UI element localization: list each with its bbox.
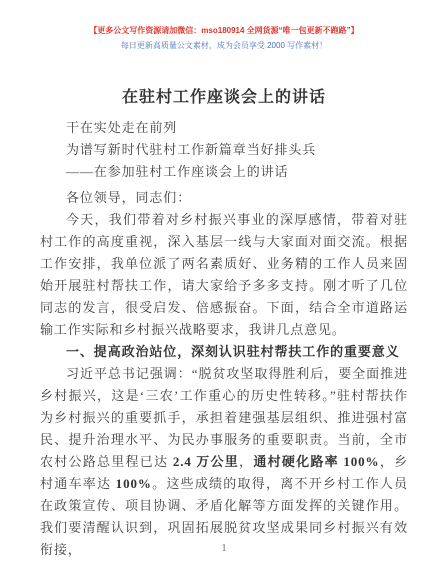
paragraph: 干在实处走在前列 <box>40 117 408 139</box>
paragraph: 今天，我们带着对乡村振兴事业的深厚感情，带着对驻村工作的高度重视，深入基层一线与… <box>40 209 408 341</box>
text-run: 今天，我们带着对乡村振兴事业的深厚感情，带着对驻村工作的高度重视，深入基层一线与… <box>40 212 408 337</box>
text-run: 为谱写新时代驻村工作新篇章当好排头兵 <box>66 142 316 157</box>
document-body: 干在实处走在前列为谱写新时代驻村工作新篇章当好排头兵——在参加驻村工作座谈会上的… <box>40 117 408 561</box>
paragraph: 习近平总书记强调：“脱贫攻坚取得胜利后，要全面推进乡村振兴，这是‘三农’工作重心… <box>40 363 408 561</box>
page-number: 1 <box>0 543 448 554</box>
ad-header-line1: 【更多公文写作资源请加微信：mso180914 全网货源“唯一包更新不跑路”】 <box>0 24 448 39</box>
section-heading: 一、提高政治站位，深刻认识驻村帮扶工作的重要意义 <box>40 341 408 363</box>
emphasized-text: 100% <box>116 476 152 491</box>
ad-header-line2: 每日更新高质量公文素材，成为会员享受 2000 写作素材！ <box>0 39 448 54</box>
paragraph: 为谱写新时代驻村工作新篇章当好排头兵 <box>40 139 408 161</box>
ad-header: 【更多公文写作资源请加微信：mso180914 全网货源“唯一包更新不跑路”】 … <box>0 0 448 54</box>
text-run: 一、提高政治站位，深刻认识驻村帮扶工作的重要意义 <box>66 344 400 359</box>
document-page: 【更多公文写作资源请加微信：mso180914 全网货源“唯一包更新不跑路”】 … <box>0 0 448 580</box>
text-run: 各位领导，同志们： <box>66 190 191 205</box>
text-run: 干在实处走在前列 <box>66 120 177 135</box>
document-title: 在驻村工作座谈会上的讲话 <box>0 84 448 107</box>
text-run: ， <box>239 454 253 469</box>
text-run: ——在参加驻村工作座谈会上的讲话 <box>66 164 288 179</box>
paragraph: ——在参加驻村工作座谈会上的讲话 <box>40 161 408 183</box>
emphasized-text: 通村硬化路率 100% <box>253 454 379 469</box>
emphasized-text: 2.4 万公里 <box>173 454 239 469</box>
paragraph: 各位领导，同志们： <box>40 187 408 209</box>
